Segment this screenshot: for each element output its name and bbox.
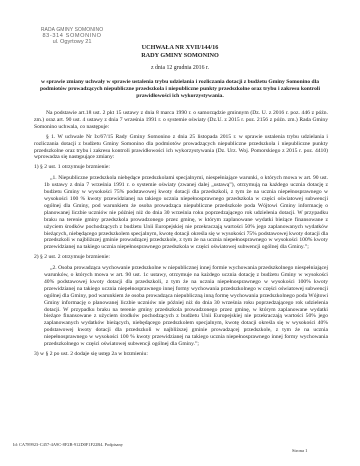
document-body: Na podstawie art.18 ust. 2 pkt 15 ustawy… <box>34 110 328 358</box>
resolution-title: UCHWAŁA NR XVII/144/16 <box>120 44 240 52</box>
document-id: Id: CA789923-C457-4A9C-8F2B-912D0F1F22B4… <box>13 442 123 447</box>
change-3-intro: 3) w § 2 po ust. 2 dodaje się ustęp 2a w… <box>34 351 328 358</box>
resolution-body: RADY GMINY SOMONINO <box>120 52 240 60</box>
page-number: Strona 1 <box>292 448 307 453</box>
stamp-line-3: ul. Ogyrtowy 21 <box>38 39 106 45</box>
resolution-date: z dnia 12 grudnia 2016 r. <box>120 65 240 71</box>
office-stamp: RADA GMINY SOMONINO 83-314 SOMONINO ul. … <box>38 27 106 46</box>
change-1-text: „1. Niepubliczne przedszkola niebędące p… <box>44 175 328 251</box>
document-page: RADA GMINY SOMONINO 83-314 SOMONINO ul. … <box>0 0 360 466</box>
resolution-subject: w sprawie zmiany uchwały w sprawie ustal… <box>30 79 330 101</box>
section-1: § 1. W uchwale Nr Ix/67/15 Rady Gminy So… <box>34 134 328 162</box>
change-1-intro: 1) § 2 ust. 1 otrzymuje brzmienie: <box>34 164 328 171</box>
resolution-heading: UCHWAŁA NR XVII/144/16 RADY GMINY SOMONI… <box>120 44 240 59</box>
change-2-text: „2. Osoba prowadząca wychowanie przedszk… <box>44 265 328 348</box>
change-2-intro: 2) § 2 ust. 2 otrzymuje brzmienie: <box>34 254 328 261</box>
preamble: Na podstawie art.18 ust. 2 pkt 15 ustawy… <box>34 110 328 131</box>
